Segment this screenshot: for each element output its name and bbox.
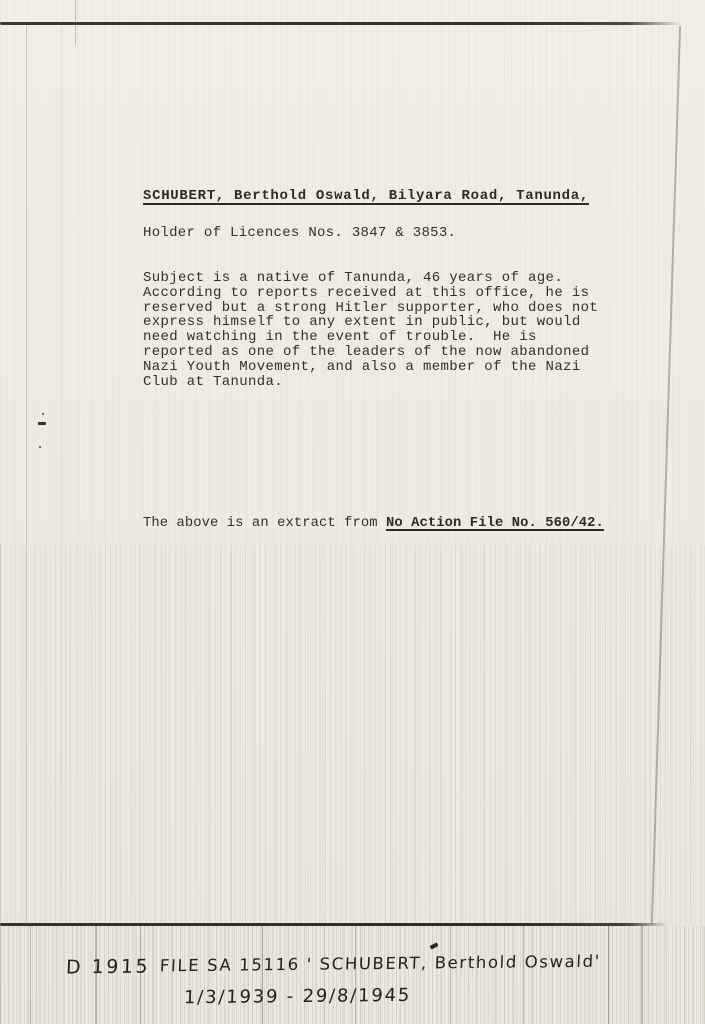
pen-tick-mark	[430, 942, 439, 949]
paper-texture-streaks	[0, 545, 705, 925]
subject-heading: SCHUBERT, Berthold Oswald, Bilyara Road,…	[143, 188, 589, 204]
scan-streak	[523, 926, 524, 1024]
extract-file-reference: No Action File No. 560/42.	[386, 516, 604, 531]
scan-streak	[355, 926, 356, 1024]
stray-ink-mark	[39, 446, 41, 448]
scanned-document-page: SCHUBERT, Berthold Oswald, Bilyara Road,…	[0, 0, 705, 1024]
page-top-edge-line	[0, 22, 682, 25]
stray-ink-mark	[38, 422, 46, 425]
paper-fold-line	[75, 0, 76, 45]
scan-streak	[608, 926, 609, 1024]
scan-streak	[450, 926, 451, 1024]
extract-prefix: The above is an extract from	[143, 516, 386, 531]
paper-fold-line	[26, 26, 27, 924]
stray-ink-mark	[42, 413, 44, 415]
scan-streak	[262, 926, 263, 1024]
scan-streak	[641, 926, 643, 1024]
paper-fold-line	[61, 26, 62, 924]
extract-source-line: The above is an extract from No Action F…	[143, 516, 604, 531]
archive-date-range: 1/3/1939 - 29/8/1945	[184, 985, 412, 1008]
page-right-edge-line	[651, 26, 681, 924]
licence-line: Holder of Licences Nos. 3847 & 3853.	[143, 225, 456, 241]
report-paragraph: Subject is a native of Tanunda, 46 years…	[143, 271, 623, 389]
archive-series-reference: D 1915	[66, 956, 151, 979]
scan-streak	[30, 926, 31, 1024]
archive-annotation-strip: D 1915 FILE SA 15116 ' SCHUBERT, Berthol…	[0, 926, 705, 1024]
archive-file-title: FILE SA 15116 ' SCHUBERT, Berthold Oswal…	[159, 952, 601, 976]
